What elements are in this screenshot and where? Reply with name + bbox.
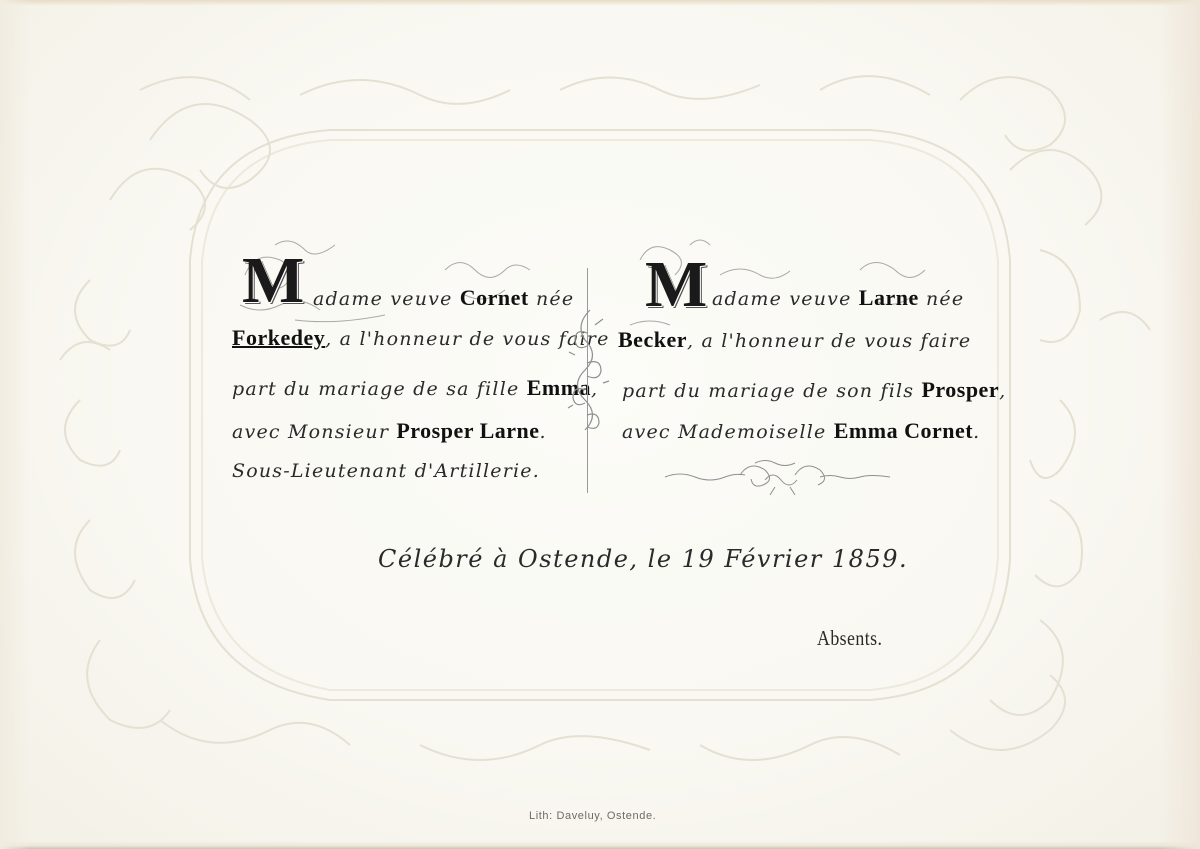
name-prosper-larne: Prosper Larne [396,418,539,443]
rank-text: Sous-Lieutenant d'Artillerie. [232,460,540,482]
name-prosper: Prosper [921,377,999,402]
maiden-name-becker: Becker [618,327,687,352]
script-text: part du mariage de sa fille [232,378,527,400]
script-text: , a l'honneur de vous faire [687,330,971,352]
absents-note: Absents. [817,626,882,651]
name-emma-cornet: Emma Cornet [834,418,973,443]
script-text: avec Monsieur [232,421,396,443]
left-line-4: avec Monsieur Prosper Larne. [232,418,547,444]
left-line-5: Sous-Lieutenant d'Artillerie. [232,460,540,482]
left-drop-cap: M [242,248,304,314]
script-text: adame veuve [313,288,460,310]
lithographer-imprint: Lith: Daveluy, Ostende. [529,810,656,822]
left-line-2: Forkedey, a l'honneur de vous faire [232,325,610,351]
script-text: part du mariage de son fils [622,380,921,402]
script-text: . [973,421,980,443]
script-text: adame veuve [712,288,859,310]
left-line-1: adame veuve Cornet née [313,285,574,311]
celebration-date-line: Célébré à Ostende, le 19 Février 1859. [378,545,908,573]
left-line-3: part du mariage de sa fille Emma, [232,375,598,401]
surname-cornet: Cornet [460,285,529,310]
script-text: , [999,380,1006,402]
wedding-announcement-card: M adame veuve Cornet née Forkedey, a l'h… [0,0,1200,849]
script-text: née [919,288,965,310]
center-acanthus-ornament-icon [565,305,615,445]
right-line-4: avec Mademoiselle Emma Cornet. [622,418,980,444]
surname-larne: Larne [859,285,919,310]
right-line-3: part du mariage de son fils Prosper, [622,377,1006,403]
right-drop-cap: M [645,252,707,318]
bottom-scroll-ornament-icon [660,455,900,495]
maiden-name-forkedey: Forkedey [232,325,325,350]
script-text: avec Mademoiselle [622,421,834,443]
script-text: . [540,421,547,443]
right-line-1: adame veuve Larne née [712,285,964,311]
right-line-2: Becker, a l'honneur de vous faire [618,327,971,353]
